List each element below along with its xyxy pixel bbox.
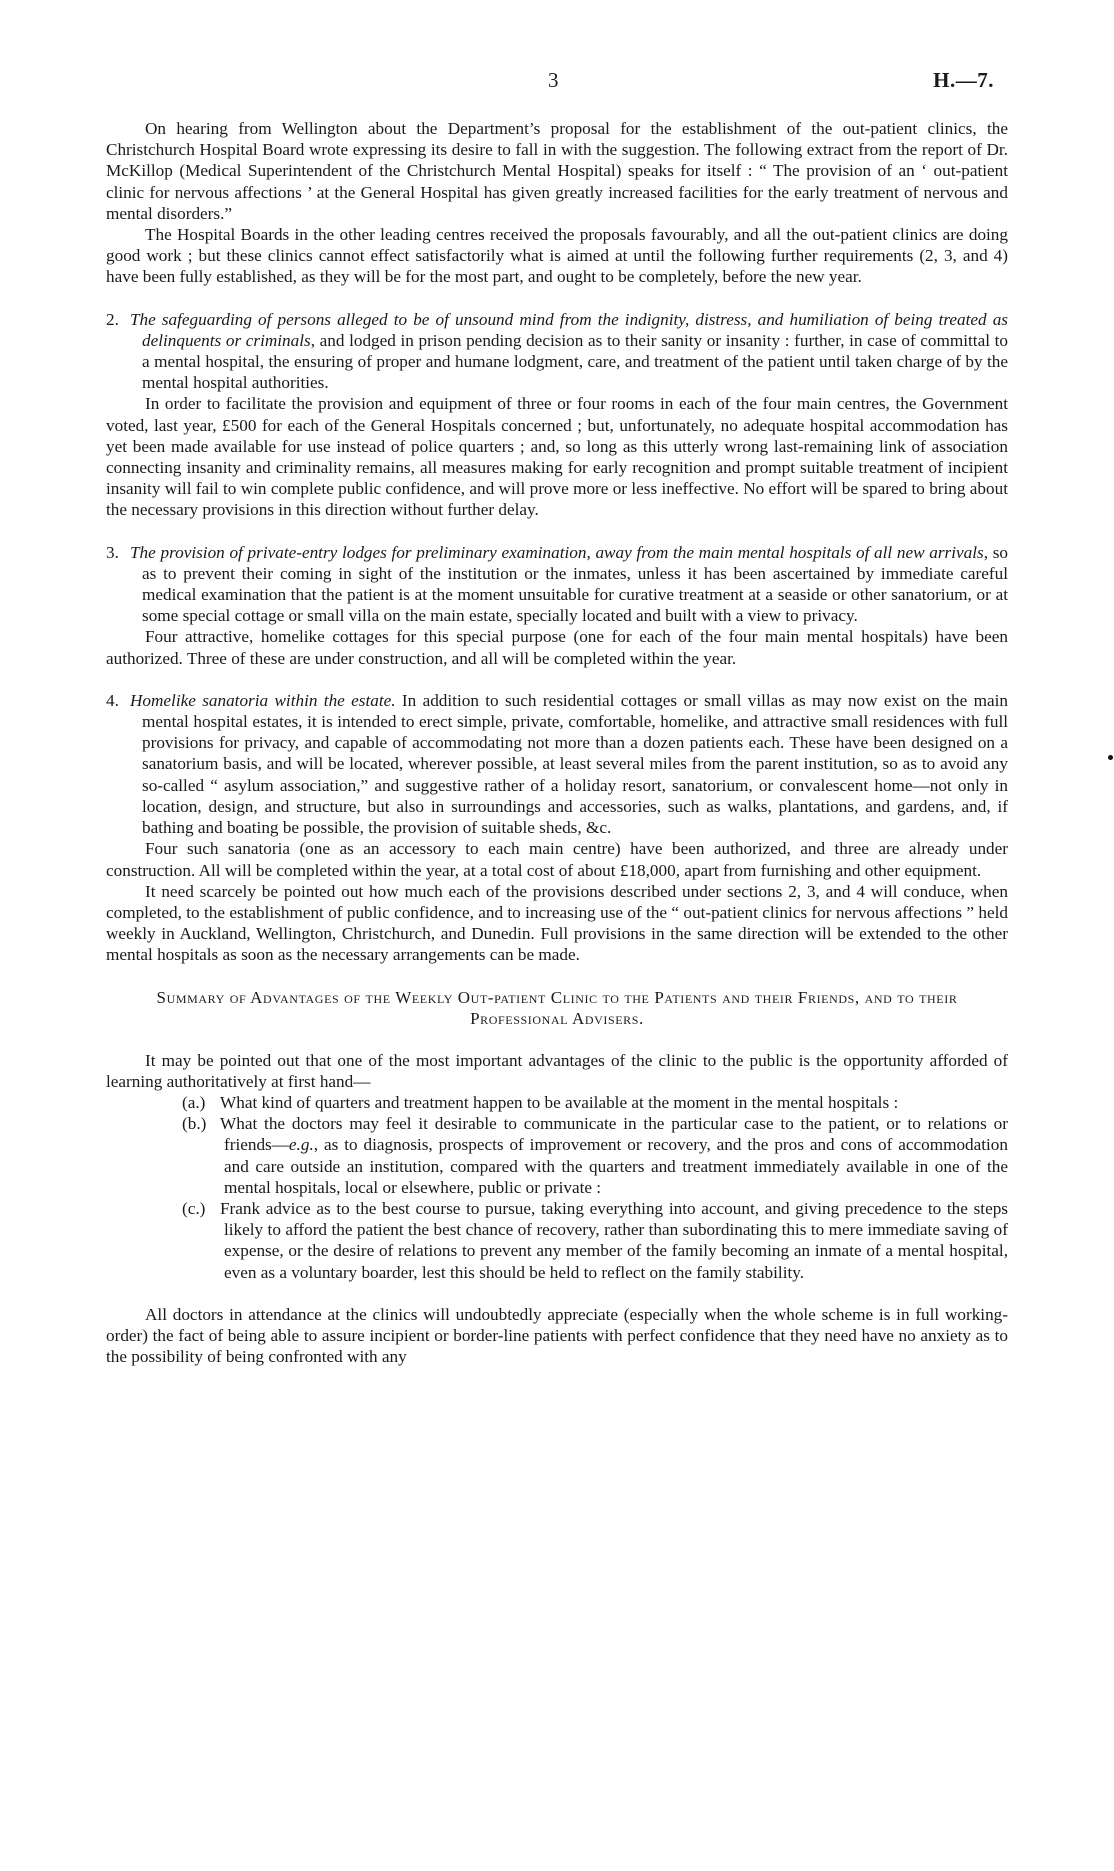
section-4-paragraph-1: Four such sanatoria (one as an accessory…: [106, 838, 1008, 880]
section-3-italic-title: The provision of private-entry lodges fo…: [130, 543, 984, 562]
summary-list: (a.)What kind of quarters and treatment …: [182, 1092, 1008, 1283]
section-4-italic-title: Homelike sanatoria within the estate.: [130, 691, 396, 710]
section-2-heading: 2.The safeguarding of persons alleged to…: [106, 309, 1008, 394]
section-4-heading: 4.Homelike sanatoria within the estate. …: [106, 690, 1008, 838]
document-code: H.—7.: [933, 68, 994, 93]
section-4-text: In addition to such residential cottages…: [142, 691, 1008, 837]
item-label: (b.): [182, 1113, 220, 1134]
summary-item-c: (c.)Frank advice as to the best course t…: [182, 1198, 1008, 1283]
margin-mark: [1108, 755, 1113, 760]
section-3-paragraph: Four attractive, homelike cottages for t…: [106, 626, 1008, 668]
item-text: What kind of quarters and treatment happ…: [220, 1093, 898, 1112]
summary-item-a: (a.)What kind of quarters and treatment …: [182, 1092, 1008, 1113]
document-body: On hearing from Wellington about the Dep…: [106, 118, 1008, 1367]
item-text-after: , as to diagnosis, prospects of improvem…: [224, 1135, 1008, 1196]
paragraph-hospital-boards: The Hospital Boards in the other leading…: [106, 224, 1008, 288]
page-number: 3: [548, 68, 559, 93]
closing-paragraph: All doctors in attendance at the clinics…: [106, 1304, 1008, 1368]
item-label: (c.): [182, 1198, 220, 1219]
section-number: 3.: [106, 542, 130, 563]
summary-item-b: (b.)What the doctors may feel it desirab…: [182, 1113, 1008, 1198]
summary-intro: It may be pointed out that one of the mo…: [106, 1050, 1008, 1092]
section-number: 2.: [106, 309, 130, 330]
section-number: 4.: [106, 690, 130, 711]
item-italic: e.g.: [289, 1135, 314, 1154]
item-label: (a.): [182, 1092, 220, 1113]
section-2-paragraph: In order to facilitate the provision and…: [106, 393, 1008, 520]
page-header: 3 H.—7.: [0, 68, 1114, 98]
summary-heading: Summary of Advantages of the Weekly Out-…: [106, 987, 1008, 1029]
section-3-heading: 3.The provision of private-entry lodges …: [106, 542, 1008, 627]
section-4-paragraph-2: It need scarcely be pointed out how much…: [106, 881, 1008, 966]
item-text: Frank advice as to the best course to pu…: [220, 1199, 1008, 1282]
paragraph-christchurch: On hearing from Wellington about the Dep…: [106, 118, 1008, 224]
